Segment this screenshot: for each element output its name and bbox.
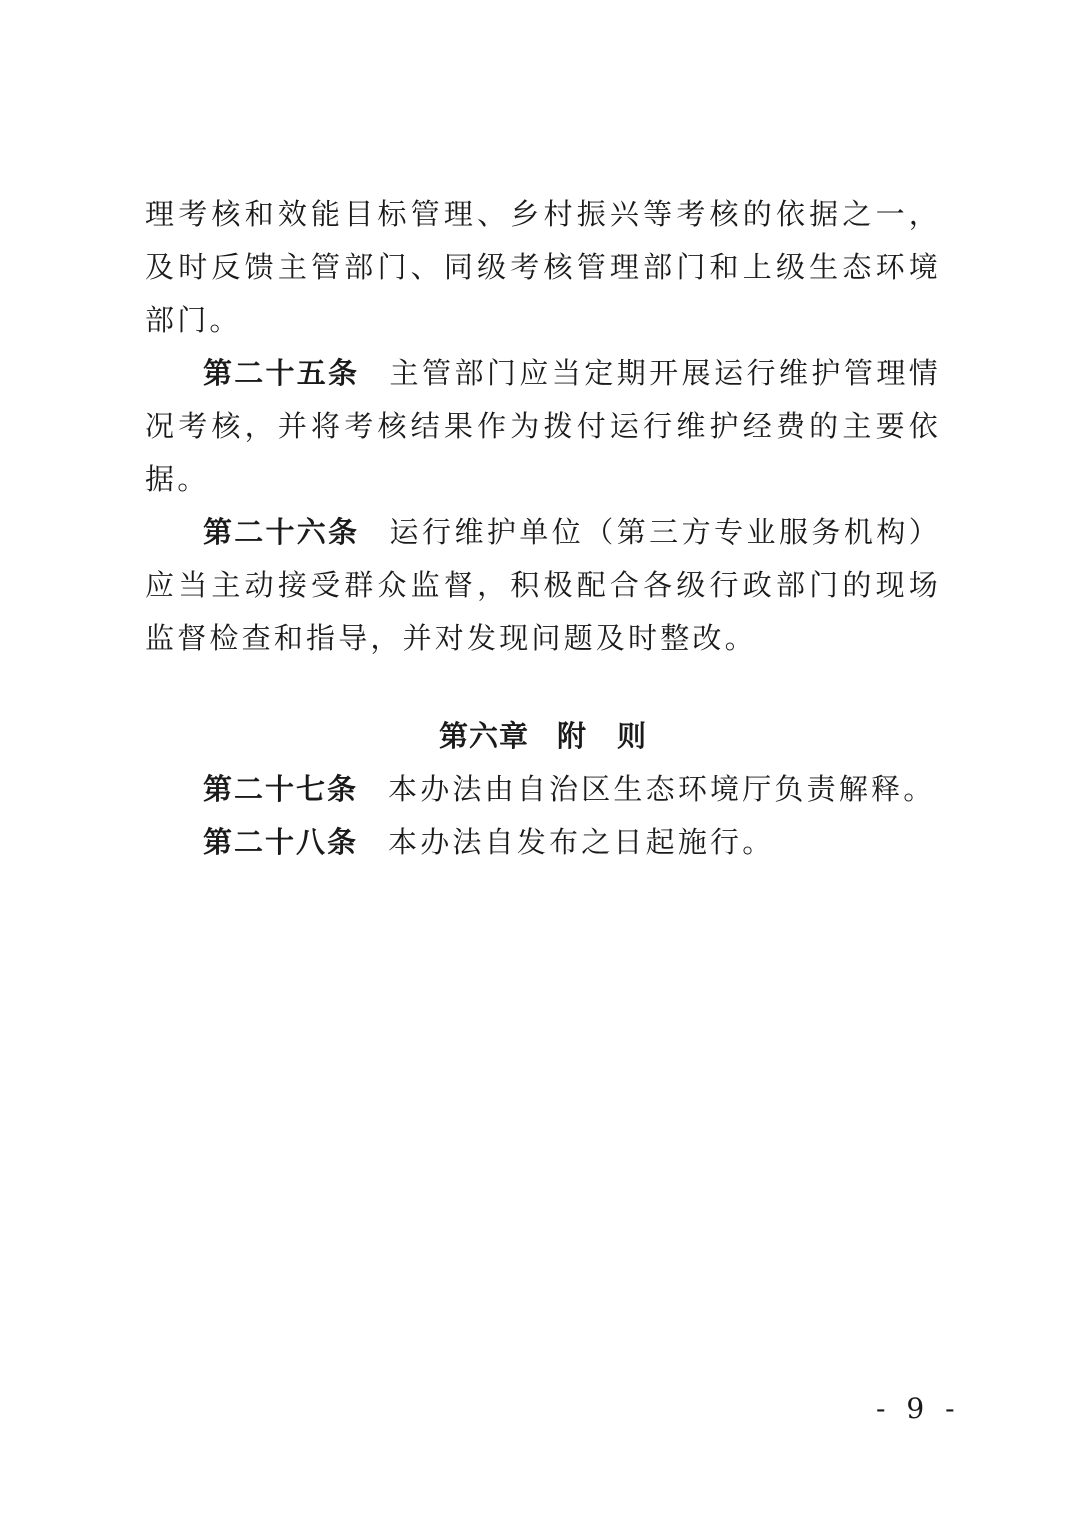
chapter-heading: 第六章附 则: [145, 710, 941, 763]
page-number: - 9 -: [876, 1392, 961, 1425]
article-heading: 第二十五条: [203, 356, 359, 390]
chapter-title: 附 则: [557, 719, 647, 753]
article-heading: 第二十六条: [203, 515, 359, 549]
article-heading: 第二十七条: [203, 772, 358, 806]
continuation-paragraph: 理考核和效能目标管理、乡村振兴等考核的依据之一，及时反馈主管部门、同级考核管理部…: [145, 188, 941, 347]
article-text: 本办法自发布之日起施行。: [388, 825, 774, 859]
article-27: 第二十七条本办法由自治区生态环境厅负责解释。: [145, 763, 941, 816]
chapter-number: 第六章: [439, 719, 529, 753]
article-26: 第二十六条运行维护单位（第三方专业服务机构）应当主动接受群众监督，积极配合各级行…: [145, 506, 941, 665]
document-page: 理考核和效能目标管理、乡村振兴等考核的依据之一，及时反馈主管部门、同级考核管理部…: [145, 188, 941, 869]
article-heading: 第二十八条: [203, 825, 358, 859]
article-text: 本办法由自治区生态环境厅负责解释。: [388, 772, 935, 806]
article-25: 第二十五条主管部门应当定期开展运行维护管理情况考核，并将考核结果作为拨付运行维护…: [145, 347, 941, 506]
article-28: 第二十八条本办法自发布之日起施行。: [145, 816, 941, 869]
